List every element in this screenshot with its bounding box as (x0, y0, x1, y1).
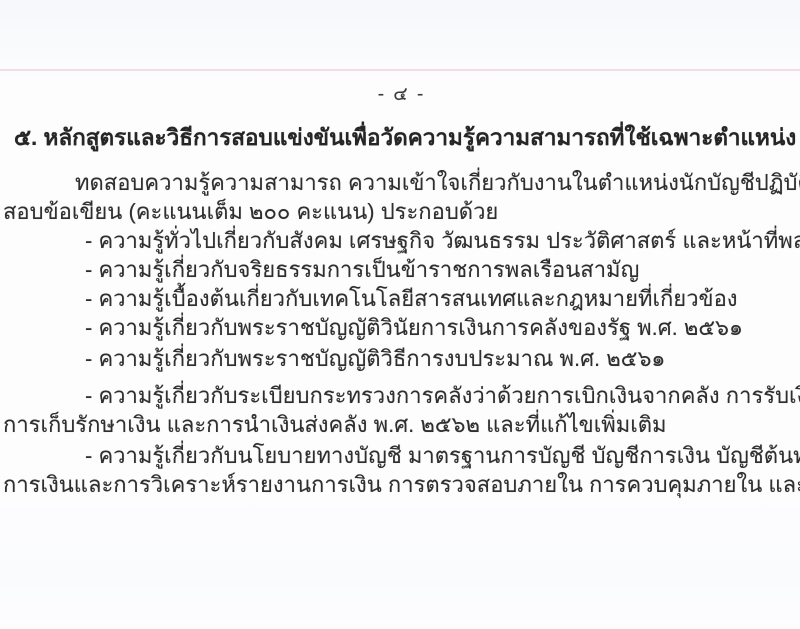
intro-line-2: สอบข้อเขียน (คะแนนเต็ม ๒๐๐ คะแนน) ประกอบ… (3, 197, 800, 226)
exam-topic-accounting-policy: - ความรู้เกี่ยวกับนโยบายทางบัญชี มาตรฐาน… (3, 441, 800, 499)
exam-topic-budget-procedure-act: - ความรู้เกี่ยวกับพระราชบัญญัติวิธีการงบ… (3, 344, 800, 373)
document-page: - ๔ - ๕. หลักสูตรและวิธีการสอบแข่งขันเพื… (0, 0, 800, 629)
exam-topic-accounting-policy-line-2: การเงินและการวิเคราะห์รายงานการเงิน การต… (3, 470, 800, 499)
intro-line-1: ทดสอบความรู้ความสามารถ ความเข้าใจเกี่ยวก… (3, 168, 800, 197)
exam-topic-information-technology: - ความรู้เบื้องต้นเกี่ยวกับเทคโนโลยีสารส… (3, 284, 800, 313)
exam-topic-treasury-regulations: - ความรู้เกี่ยวกับระเบียบกระทรวงการคลังว… (3, 381, 800, 439)
exam-topic-accounting-policy-line-1: - ความรู้เกี่ยวกับนโยบายทางบัญชี มาตรฐาน… (3, 441, 800, 470)
exam-topic-civil-servant-ethics: - ความรู้เกี่ยวกับจริยธรรมการเป็นข้าราชก… (3, 255, 800, 284)
page-number: - ๔ - (3, 80, 800, 109)
section-heading: ๕. หลักสูตรและวิธีการสอบแข่งขันเพื่อวัดค… (3, 123, 800, 152)
exam-topic-general-knowledge: - ความรู้ทั่วไปเกี่ยวกับสังคม เศรษฐกิจ ว… (3, 226, 800, 255)
exam-topic-treasury-regulations-line-1: - ความรู้เกี่ยวกับระเบียบกระทรวงการคลังว… (3, 381, 800, 410)
exam-topic-treasury-regulations-line-2: การเก็บรักษาเงิน และการนำเงินส่งคลัง พ.ศ… (3, 410, 800, 439)
scan-streak-artifact (0, 69, 800, 71)
exam-topic-fiscal-discipline-act: - ความรู้เกี่ยวกับพระราชบัญญัติวินัยการเ… (3, 313, 800, 342)
